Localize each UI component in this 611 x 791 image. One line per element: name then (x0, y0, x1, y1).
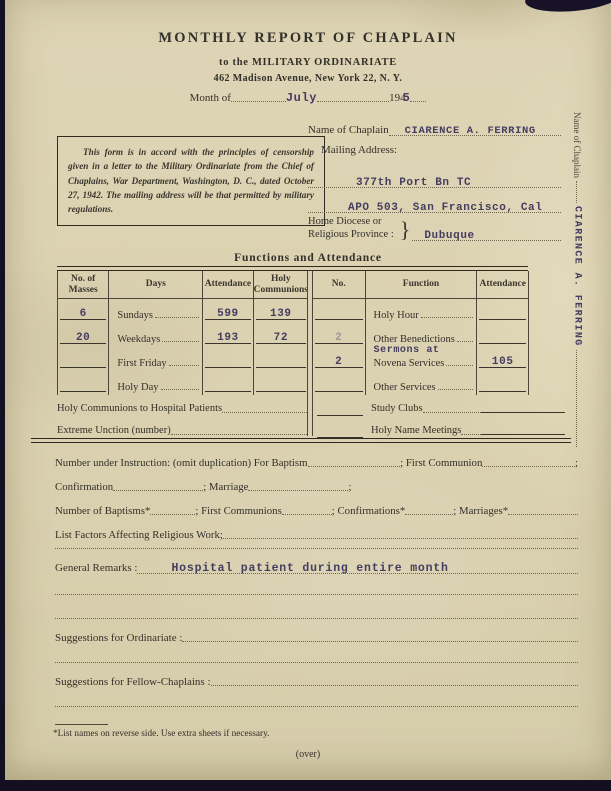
leader-dots (405, 513, 453, 515)
table-row-holy-day: Holy Day (58, 371, 308, 395)
masses-table-header: No. of Masses Days Attendance Holy Commu… (58, 271, 308, 299)
chaplain-name-label: Name of Chaplain (308, 124, 389, 136)
header-function: Function (366, 271, 478, 298)
masses-table: No. of Masses Days Attendance Holy Commu… (57, 271, 308, 395)
leader-dots (162, 340, 199, 342)
month-line: Month of July 194 5 (5, 88, 611, 104)
row-label: Extreme Unction (number) (57, 425, 171, 436)
blank-line (256, 367, 306, 368)
page-title: MONTHLY REPORT OF CHAPLAIN (5, 30, 611, 47)
cell-day: Sundays (109, 299, 203, 323)
blank-line (60, 391, 106, 392)
leader-dots (182, 640, 578, 642)
leader-dots (282, 513, 332, 515)
leader-dots (248, 489, 348, 491)
mailing-address-line-1: 377th Port Bn TC (308, 168, 561, 188)
row-holy-name-meetings: Holy Name Meetings (371, 418, 565, 437)
cell-no (313, 371, 366, 395)
function-label: Novena Services (366, 358, 445, 369)
cell-day: First Friday (109, 347, 203, 371)
header-attendance: Attendance (477, 271, 528, 298)
row-study-clubs: Study Clubs (371, 396, 565, 415)
home-diocese-value: Dubuque (412, 230, 474, 242)
header-no-of-masses: No. of Masses (58, 271, 109, 298)
cell-no: 2 (313, 323, 366, 347)
footnote-rule (55, 723, 108, 725)
cell-no (313, 299, 366, 323)
leader-dots (211, 684, 578, 686)
instruction-text: ; (348, 481, 351, 493)
blank-line (315, 319, 363, 320)
ruled-line (55, 547, 578, 549)
leader-dots (461, 433, 481, 435)
cell-day: Holy Day (109, 371, 203, 395)
cell-attendance (203, 371, 253, 395)
ordinariate-address: 462 Madison Avenue, New York 22, N. Y. (5, 73, 611, 84)
attendance-value: 105 (492, 357, 514, 367)
table-row-other-benedictions: 2 Other Benedictions (313, 323, 528, 347)
chaplain-name-row: Name of Chaplain CIARENCE A. FERRING (308, 118, 561, 136)
day-label: First Friday (109, 358, 166, 369)
row-extreme-unction: Extreme Unction (number) (57, 418, 307, 437)
general-remarks-blank: Hospital patient during entire month (137, 560, 578, 574)
home-diocese-row: Home Diocese or Religious Province : } D… (308, 212, 561, 241)
page-subtitle: to the MILITARY ORDINARIATE (5, 57, 611, 68)
no-value: 2 (335, 357, 342, 367)
blank-line (479, 391, 526, 392)
suggestions-ordinariate-row: Suggestions for Ordinariate : (55, 628, 578, 644)
scan-corner-shadow (524, 0, 611, 15)
ruled-line (55, 661, 578, 663)
instruction-text: Number under Instruction: (omit duplicat… (55, 457, 308, 469)
footnote-text: *List names on reverse side. Use extra s… (53, 729, 270, 739)
ruled-line (55, 705, 578, 707)
instruction-text: ; Confirmations* (332, 505, 405, 517)
table-row-novena-services: 2 Sermons atNovena Services 105 (313, 347, 528, 371)
cell-function: Holy Hour (366, 299, 478, 323)
chaplain-name-value: CIARENCE A. FERRING (389, 125, 536, 137)
vertical-name-value: CIARENCE A. FERRING (572, 206, 583, 347)
leader-dots-vertical (576, 350, 578, 447)
table-row-holy-hour: Holy Hour (313, 299, 528, 323)
vertical-name-label: Name of Chaplain (572, 112, 582, 178)
function-label: Holy Hour (366, 310, 419, 321)
cell-day: Weekdays (109, 323, 203, 347)
cell-communions (254, 347, 308, 371)
section-title-functions-attendance: Functions and Attendance (5, 252, 611, 264)
mailing-address-value-1: 377th Port Bn TC (308, 177, 471, 189)
instruction-text: List Factors Affecting Religious Work; (55, 529, 223, 541)
brace-glyph: } (400, 219, 411, 241)
general-remarks-label: General Remarks : (55, 562, 137, 574)
row-label: Holy Communions to Hospital Patients (57, 403, 222, 414)
suggestions-fellow-chaplains-row: Suggestions for Fellow-Chaplains : (55, 672, 578, 688)
leader-dots (423, 411, 481, 413)
instruction-text: ; (575, 457, 578, 469)
day-label: Holy Day (109, 382, 158, 393)
row-label: Study Clubs (371, 403, 423, 414)
cell-function: Other Services (366, 371, 478, 395)
blank-line (479, 343, 526, 344)
row-hospital-communions: Holy Communions to Hospital Patients (57, 396, 307, 415)
scanned-document: MONTHLY REPORT OF CHAPLAIN to the MILITA… (0, 0, 611, 791)
leader-dots (231, 100, 286, 102)
header-days: Days (109, 271, 203, 298)
cell-masses: 6 (58, 299, 109, 323)
row-label: Holy Name Meetings (371, 425, 461, 436)
blank-line (481, 434, 565, 435)
no-value-ghost: 2 (335, 333, 342, 343)
function-label: Other Services (366, 382, 436, 393)
cell-attendance (477, 371, 528, 395)
leader-dots (421, 316, 474, 318)
vertical-name-strip: Name of Chaplain CIARENCE A. FERRING (568, 112, 586, 450)
cell-communions: 72 (254, 323, 308, 347)
communions-value: 139 (270, 309, 292, 319)
blank-line (205, 367, 250, 368)
double-rule-section (31, 438, 571, 443)
functions-table: No. Function Attendance Holy Hour 2 Othe… (313, 271, 529, 395)
cell-communions: 139 (254, 299, 308, 323)
table-row-other-services: Other Services (313, 371, 528, 395)
month-value: July (286, 91, 317, 105)
blank-line (317, 418, 363, 438)
leader-dots (171, 433, 307, 435)
ruled-line (55, 593, 578, 595)
blank-line (256, 391, 306, 392)
instruction-text: ; First Communion (400, 457, 482, 469)
leader-dots (113, 489, 203, 491)
attendance-value: 193 (217, 333, 239, 343)
header-no: No. (313, 271, 366, 298)
cell-attendance (477, 323, 528, 347)
chaplain-name-blank: CIARENCE A. FERRING (389, 123, 561, 136)
blank-line (481, 412, 565, 413)
cell-masses (58, 347, 109, 371)
instruction-text: Confirmation (55, 481, 113, 493)
instruction-text: ; Marriage (203, 481, 248, 493)
cell-masses: 20 (58, 323, 109, 347)
leader-dots (438, 388, 474, 390)
home-diocese-blank: Dubuque (412, 228, 561, 241)
cell-communions (254, 371, 308, 395)
cell-attendance: 193 (203, 323, 253, 347)
leader-dots (161, 388, 200, 390)
instruction-text: Number of Baptisms* (55, 505, 150, 517)
cell-attendance (477, 299, 528, 323)
home-diocese-label: Home Diocese or Religious Province : (308, 216, 394, 241)
leader-dots (446, 364, 473, 366)
day-label: Weekdays (109, 334, 160, 345)
instruction-line-1: Number under Instruction: (omit duplicat… (55, 452, 578, 469)
month-label: Month of (190, 92, 231, 104)
leader-dots (155, 316, 199, 318)
leader-dots (482, 465, 575, 467)
blank-line (317, 396, 363, 416)
leader-dots-vertical (576, 181, 578, 203)
table-row-weekdays: 20 Weekdays 193 72 (58, 323, 308, 347)
cell-attendance: 105 (477, 347, 528, 371)
cell-function: Sermons atNovena Services (366, 347, 478, 371)
table-row-first-friday: First Friday (58, 347, 308, 371)
home-diocese-label-line2: Religious Province : (308, 229, 394, 240)
censorship-notice-box: This form is in accord with the principl… (57, 136, 325, 226)
cell-masses (58, 371, 109, 395)
over-label: (over) (5, 749, 611, 760)
general-remarks-value: Hospital patient during entire month (137, 562, 448, 575)
header-attendance: Attendance (203, 271, 253, 298)
functions-table-header: No. Function Attendance (313, 271, 528, 299)
mailing-address-line-2: APO 503, San Francisco, Cal (308, 193, 561, 213)
table-row-sundays: 6 Sundays 599 139 (58, 299, 308, 323)
leader-dots (410, 100, 426, 102)
leader-dots (308, 465, 401, 467)
header-holy-communions: Holy Communions (254, 271, 308, 298)
leader-dots (169, 364, 200, 366)
cell-attendance: 599 (203, 299, 253, 323)
instruction-text: ; Marriages* (453, 505, 508, 517)
masses-value: 6 (80, 309, 87, 319)
suggestions-ordinariate-label: Suggestions for Ordinariate : (55, 632, 182, 644)
leader-dots (317, 100, 389, 102)
masses-value: 20 (76, 333, 90, 343)
function-label: Other Benedictions (366, 334, 455, 345)
attendance-value: 599 (217, 309, 239, 319)
blank-line (315, 391, 363, 392)
leader-dots (223, 537, 578, 539)
typed-annotation: Sermons at (374, 346, 440, 356)
suggestions-fellow-chaplains-label: Suggestions for Fellow-Chaplains : (55, 676, 211, 688)
censorship-notice-text: This form is in accord with the principl… (68, 147, 314, 214)
year-typed: 5 (403, 91, 411, 105)
cell-no: 2 (313, 347, 366, 371)
blank-line (205, 391, 250, 392)
general-remarks-row: General Remarks : Hospital patient durin… (55, 556, 578, 574)
blank-line (479, 319, 526, 320)
home-diocese-label-line1: Home Diocese or (308, 216, 381, 227)
leader-dots (457, 340, 474, 342)
leader-dots (222, 411, 307, 413)
list-factors-line: List Factors Affecting Religious Work; (55, 524, 578, 541)
communions-value: 72 (274, 333, 288, 343)
instruction-line-2: Confirmation ; Marriage ; (55, 476, 578, 493)
mailing-address-label: Mailing Address: (321, 144, 397, 156)
cell-attendance (203, 347, 253, 371)
leader-dots (508, 513, 578, 515)
leader-dots (150, 513, 195, 515)
instruction-line-3: Number of Baptisms* ; First Communions ;… (55, 500, 578, 517)
blank-line (60, 367, 106, 368)
instruction-text: ; First Communions (195, 505, 281, 517)
cell-function: Other Benedictions (366, 323, 478, 347)
ruled-line (55, 617, 578, 619)
day-label: Sundays (109, 310, 153, 321)
paper-sheet: MONTHLY REPORT OF CHAPLAIN to the MILITA… (5, 0, 611, 780)
